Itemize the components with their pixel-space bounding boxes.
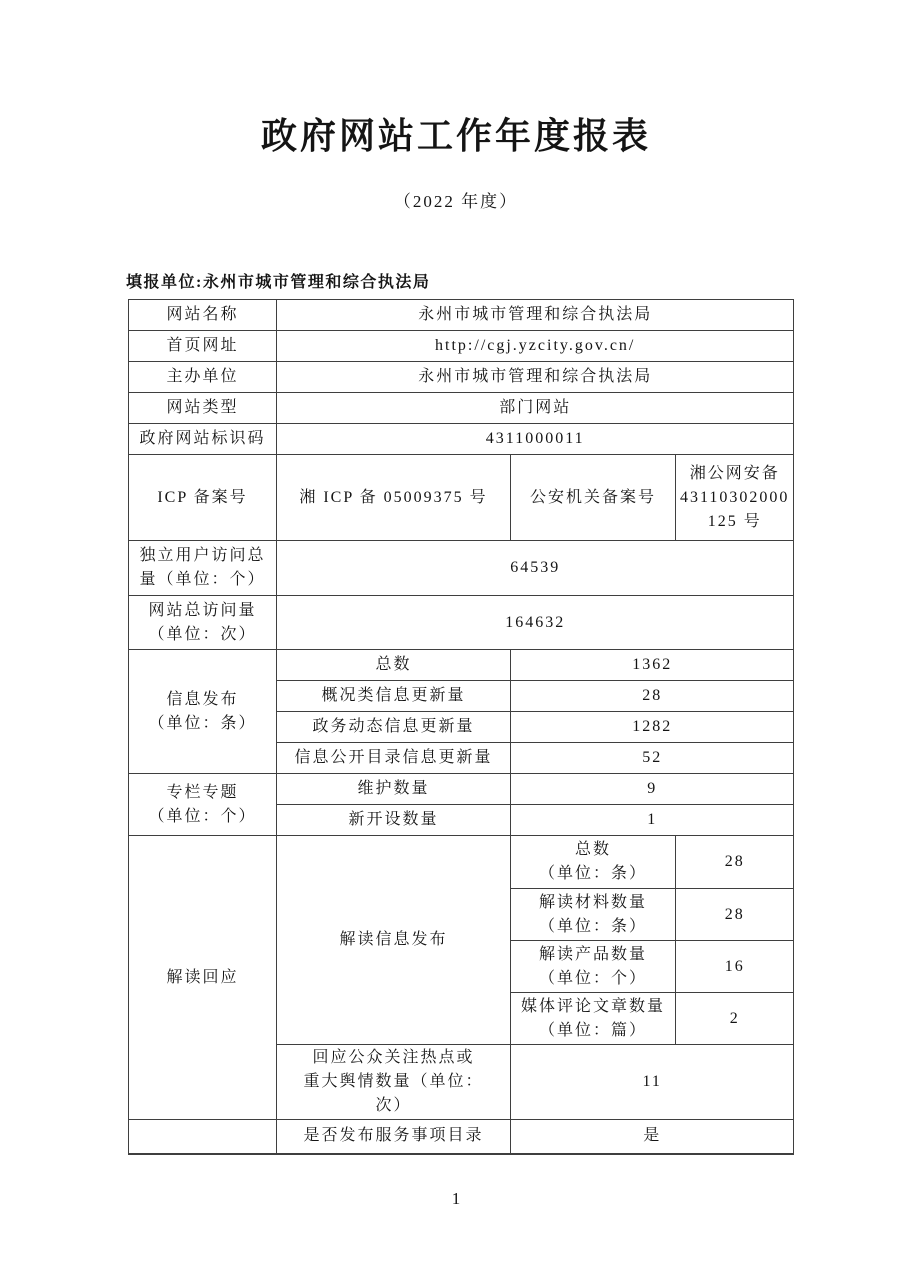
reporting-unit-line: 填报单位:永州市城市管理和综合执法局 [126, 271, 430, 295]
table-row: 主办单位 永州市城市管理和综合执法局 [129, 362, 794, 393]
table-row: 网站总访问量 （单位：次） 164632 [129, 596, 794, 650]
interp-total-value: 28 [676, 836, 794, 889]
interp-product-value: 16 [676, 941, 794, 993]
table-row: 网站名称 永州市城市管理和综合执法局 [129, 300, 794, 331]
info-publish-group-label: 信息发布 （单位：条） [129, 650, 277, 774]
home-url-label: 首页网址 [129, 331, 277, 362]
columns-new-value: 1 [511, 805, 794, 836]
site-code-value: 4311000011 [277, 424, 794, 455]
document-page: 政府网站工作年度报表 （2022 年度） 填报单位:永州市城市管理和综合执法局 … [0, 0, 900, 1272]
total-visits-value: 164632 [277, 596, 794, 650]
info-publish-dynamics-label: 政务动态信息更新量 [277, 712, 511, 743]
icp-number: 湘 ICP 备 05009375 号 [277, 455, 511, 541]
page-number: 1 [0, 1186, 900, 1212]
table-row: 网站类型 部门网站 [129, 393, 794, 424]
info-publish-directory-label: 信息公开目录信息更新量 [277, 743, 511, 774]
empty-cell [129, 1120, 277, 1154]
table-row: 政府网站标识码 4311000011 [129, 424, 794, 455]
table-row: 独立用户访问总 量（单位：个） 64539 [129, 541, 794, 596]
site-name-value: 永州市城市管理和综合执法局 [277, 300, 794, 331]
icp-label: ICP 备案号 [129, 455, 277, 541]
site-name-label: 网站名称 [129, 300, 277, 331]
police-filing-label: 公安机关备案号 [511, 455, 676, 541]
host-unit-label: 主办单位 [129, 362, 277, 393]
table-row: 专栏专题 （单位：个） 维护数量 9 [129, 774, 794, 805]
table-row: 首页网址 http://cgj.yzcity.gov.cn/ [129, 331, 794, 362]
info-publish-overview-label: 概况类信息更新量 [277, 681, 511, 712]
interp-media-label: 媒体评论文章数量 （单位：篇） [511, 993, 676, 1045]
host-unit-value: 永州市城市管理和综合执法局 [277, 362, 794, 393]
report-table: 网站名称 永州市城市管理和综合执法局 首页网址 http://cgj.yzcit… [128, 299, 794, 1155]
home-url-value: http://cgj.yzcity.gov.cn/ [277, 331, 794, 362]
total-visits-label: 网站总访问量 （单位：次） [129, 596, 277, 650]
site-code-label: 政府网站标识码 [129, 424, 277, 455]
interp-material-label: 解读材料数量 （单位：条） [511, 889, 676, 941]
page-subtitle: （2022 年度） [0, 189, 900, 215]
police-filing-number: 湘公网安备 43110302000 125 号 [676, 455, 794, 541]
unique-visitors-label: 独立用户访问总 量（单位：个） [129, 541, 277, 596]
info-publish-overview-value: 28 [511, 681, 794, 712]
table-row: 解读回应 解读信息发布 总数 （单位：条） 28 [129, 836, 794, 889]
hotspot-label: 回应公众关注热点或 重大舆情数量（单位： 次） [277, 1045, 511, 1120]
interpretation-group-label: 解读回应 [129, 836, 277, 1120]
table-row: 信息发布 （单位：条） 总数 1362 [129, 650, 794, 681]
columns-new-label: 新开设数量 [277, 805, 511, 836]
table-row: 是否发布服务事项目录 是 [129, 1120, 794, 1154]
info-publish-directory-value: 52 [511, 743, 794, 774]
interp-material-value: 28 [676, 889, 794, 941]
interp-product-label: 解读产品数量 （单位：个） [511, 941, 676, 993]
info-publish-total-value: 1362 [511, 650, 794, 681]
columns-maintained-label: 维护数量 [277, 774, 511, 805]
table-row: ICP 备案号 湘 ICP 备 05009375 号 公安机关备案号 湘公网安备… [129, 455, 794, 541]
interpretation-publish-label: 解读信息发布 [277, 836, 511, 1045]
site-type-label: 网站类型 [129, 393, 277, 424]
service-dir-value: 是 [511, 1120, 794, 1154]
columns-topics-group-label: 专栏专题 （单位：个） [129, 774, 277, 836]
page-title: 政府网站工作年度报表 [0, 113, 900, 159]
info-publish-dynamics-value: 1282 [511, 712, 794, 743]
info-publish-total-label: 总数 [277, 650, 511, 681]
hotspot-value: 11 [511, 1045, 794, 1120]
interp-media-value: 2 [676, 993, 794, 1045]
interp-total-label: 总数 （单位：条） [511, 836, 676, 889]
columns-maintained-value: 9 [511, 774, 794, 805]
site-type-value: 部门网站 [277, 393, 794, 424]
unique-visitors-value: 64539 [277, 541, 794, 596]
service-dir-label: 是否发布服务事项目录 [277, 1120, 511, 1154]
